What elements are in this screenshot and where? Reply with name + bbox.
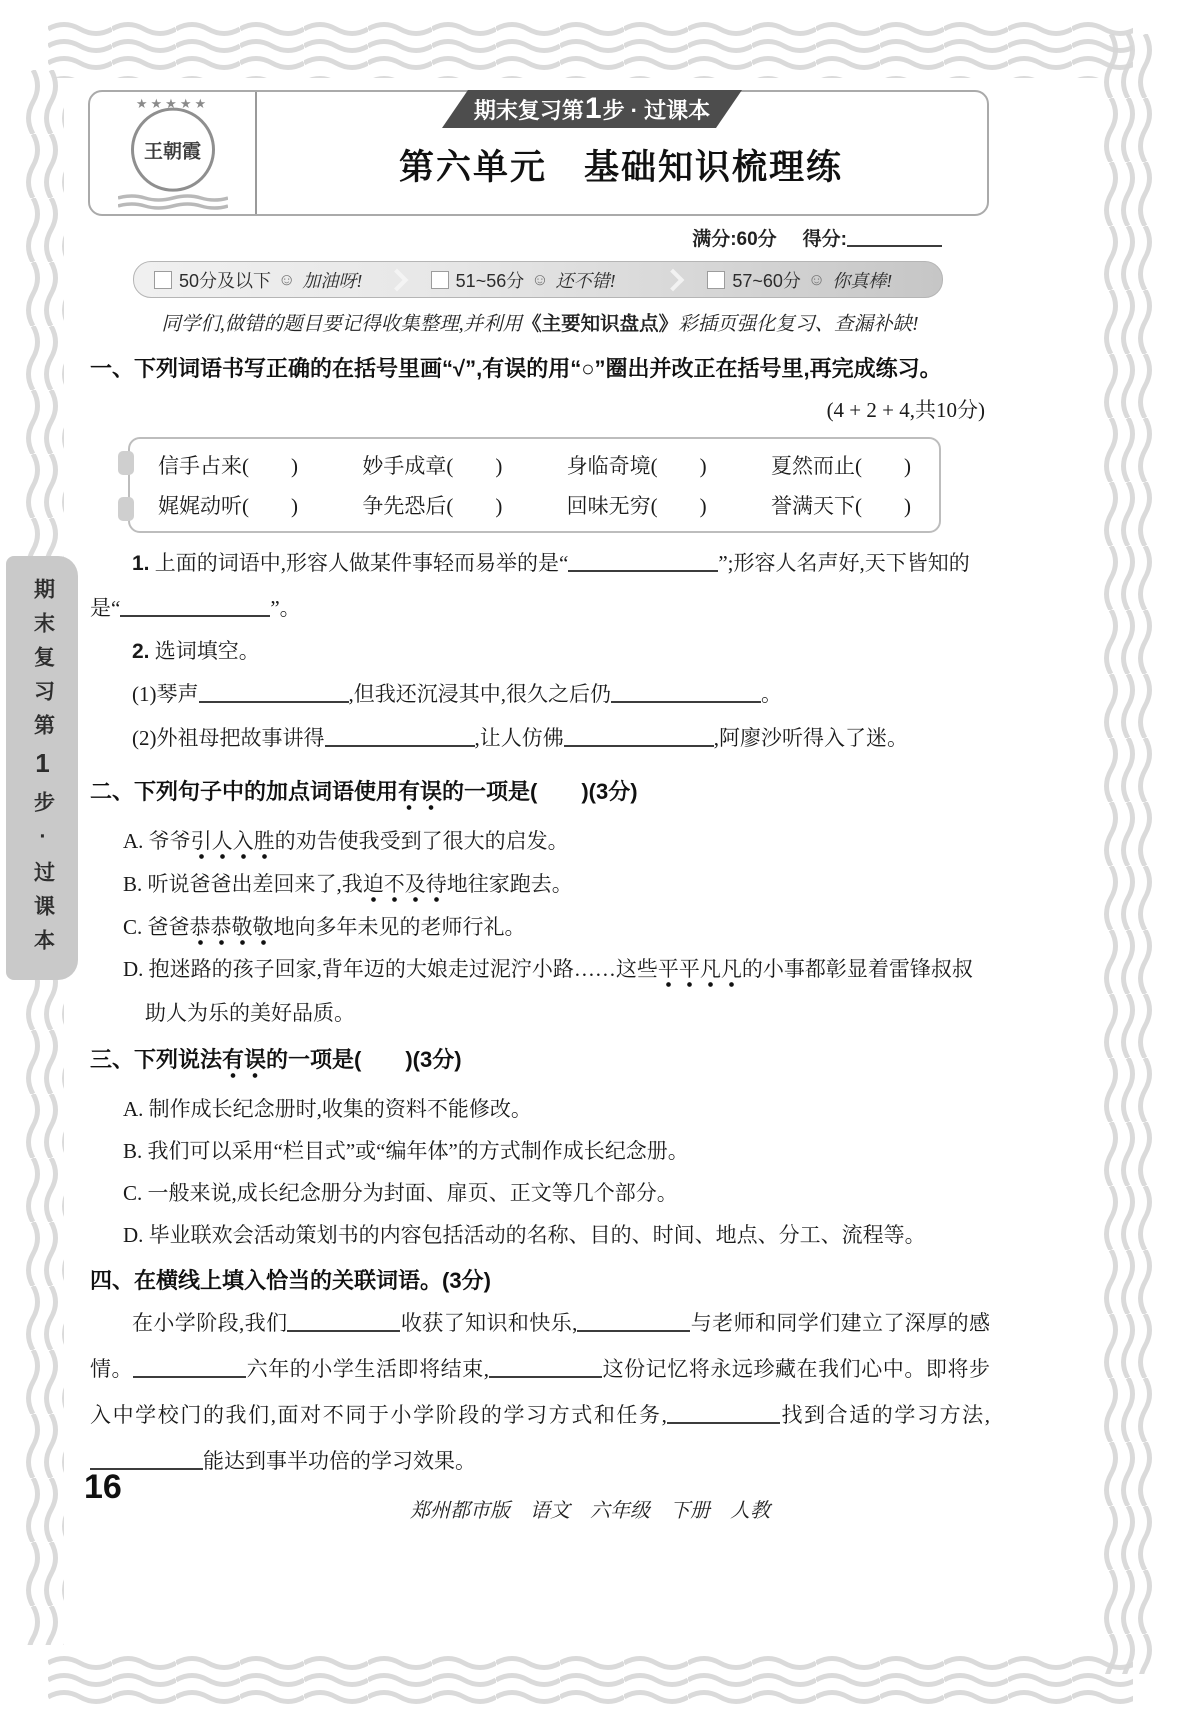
q1-fill2: (2)外祖母把故事讲得,让人仿佛,阿廖沙听得入了迷。: [90, 716, 990, 761]
q4-heading: 四、在横线上填入恰当的关联词语。(3分): [90, 1264, 990, 1295]
fill-blank: [120, 596, 270, 617]
q3-option-a: A. 制作成长纪念册时,收集的资料不能修改。: [90, 1087, 990, 1131]
logo-circle: 王朝霞: [131, 108, 215, 192]
word-item: 誉满天下( ): [771, 490, 911, 520]
clip-decoration: [118, 451, 134, 475]
chevron-separator-icon: [385, 268, 408, 291]
fill-blank: [287, 1311, 400, 1332]
chevron-separator-icon: [662, 268, 685, 291]
score-range-label: 57~60分: [732, 267, 801, 293]
fill-blank: [90, 1449, 203, 1470]
q3-option-b: B. 我们可以采用“栏目式”或“编年体”的方式制作成长纪念册。: [90, 1129, 990, 1173]
q2-heading: 二、下列句子中的加点词语使用有误的一项是( )(3分): [90, 775, 990, 806]
sub-number: 1.: [132, 552, 150, 575]
fill-blank: [133, 1357, 246, 1378]
score-line: 满分:60分得分:: [90, 224, 942, 251]
score-checkbox-high[interactable]: [707, 271, 725, 289]
q2-option-b: B. 听说爸爸出差回来了,我迫不及待地往家跑去。: [90, 862, 990, 906]
brand-logo: ★★★★★ 王朝霞: [90, 92, 257, 214]
q1-points: (4 + 2 + 4,共10分): [88, 394, 985, 424]
score-label: 得分:: [803, 229, 847, 250]
word-item: 身临奇境( ): [567, 450, 707, 480]
fill-blank: [611, 682, 761, 703]
note-text: 同学们,做错的题目要记得收集整理,并利用: [161, 314, 522, 335]
tip-note: 同学们,做错的题目要记得收集整理,并利用《主要知识盘点》彩插页强化复习、查漏补缺…: [90, 308, 990, 336]
score-remark: 你真棒!: [832, 267, 892, 293]
banner-step-number: 1: [585, 92, 602, 126]
sub-number: 2.: [132, 640, 150, 663]
score-range-label: 51~56分: [456, 267, 525, 293]
q2-option-d: D. 抱迷路的孩子回家,背年迈的大娘走过泥泞小路……这些平平凡凡的小事都彰显着雷…: [90, 947, 990, 1035]
ribbon-wave-icon: [118, 194, 228, 212]
score-remark: 还不错!: [556, 267, 616, 293]
header: ★★★★★ 王朝霞 期末复习第1步 · 过课本 第六单元 基础知识梳理练: [88, 90, 989, 216]
q3-option-c: C. 一般来说,成长纪念册分为封面、扉页、正文等几个部分。: [90, 1171, 990, 1215]
score-band-low: 50分及以下 ☺ 加油呀!: [134, 267, 389, 293]
score-range-label: 50分及以下: [179, 267, 271, 293]
word-box: 信手占来( ) 妙手成章( ) 身临奇境( ) 夏然而止( ) 娓娓动听( ) …: [128, 437, 941, 533]
note-text-post: 彩插页强化复习、查漏补缺!: [678, 314, 919, 335]
clip-decoration: [118, 497, 134, 521]
score-blank: [847, 226, 942, 247]
smiley-icon: ☺: [808, 270, 825, 290]
q1-heading: 一、下列词语书写正确的在括号里画“√”,有误的用“○”圈出并改正在括号里,再完成…: [90, 352, 990, 383]
word-item: 争先恐后( ): [362, 490, 502, 520]
score-checkbox-mid[interactable]: [431, 271, 449, 289]
q4-paragraph: 在小学阶段,我们收获了知识和快乐,与老师和同学们建立了深厚的感情。六年的小学生活…: [90, 1300, 990, 1484]
word-item: 娓娓动听( ): [158, 490, 298, 520]
word-row: 信手占来( ) 妙手成章( ) 身临奇境( ) 夏然而止( ): [158, 450, 911, 480]
score-band-mid: 51~56分 ☺ 还不错!: [411, 267, 666, 293]
score-bar: 50分及以下 ☺ 加油呀! 51~56分 ☺ 还不错! 57~60分 ☺ 你真棒…: [133, 261, 943, 298]
word-item: 妙手成章( ): [362, 450, 502, 480]
word-item: 信手占来( ): [158, 450, 298, 480]
footer-imprint: 郑州都市版 语文 六年级 下册 人教: [90, 1494, 1090, 1523]
word-item: 回味无穷( ): [567, 490, 707, 520]
fill-blank: [325, 726, 475, 747]
fill-blank: [564, 726, 714, 747]
word-item: 夏然而止( ): [771, 450, 911, 480]
banner-text-post: 步 · 过课本: [603, 94, 711, 125]
smiley-icon: ☺: [531, 270, 548, 290]
note-book-title: 《主要知识盘点》: [522, 313, 678, 335]
score-checkbox-low[interactable]: [154, 271, 172, 289]
q3-option-d: D. 毕业联欢会活动策划书的内容包括活动的名称、目的、时间、地点、分工、流程等。: [90, 1213, 990, 1257]
score-remark: 加油呀!: [302, 267, 362, 293]
q2-option-c: C. 爸爸恭恭敬敬地向多年未见的老师行礼。: [90, 905, 990, 949]
fill-blank: [489, 1357, 602, 1378]
top-wave-border: [48, 20, 1133, 78]
step-banner: 期末复习第1步 · 过课本: [442, 90, 742, 128]
sidebar-tab-label: 期末复习第1步·过课本: [27, 578, 58, 963]
fill-blank: [667, 1403, 780, 1424]
page-title: 第六单元 基础知识梳理练: [255, 140, 987, 190]
q3-heading: 三、下列说法有误的一项是( )(3分): [90, 1043, 990, 1074]
banner-text: 期末复习第: [474, 94, 584, 125]
word-row: 娓娓动听( ) 争先恐后( ) 回味无穷( ) 誉满天下( ): [158, 490, 911, 520]
fill-blank: [199, 682, 349, 703]
q1-sub1: 1. 上面的词语中,形容人做某件事轻而易举的是“”;形容人名声好,天下皆知的是“…: [90, 541, 990, 631]
q1-fill1: (1)琴声,但我还沉浸其中,很久之后仍。: [90, 672, 990, 717]
bottom-wave-border: [48, 1654, 1133, 1708]
fill-blank: [577, 1311, 690, 1332]
q2-option-a: A. 爷爷引人入胜的劝告使我受到了很大的启发。: [90, 819, 990, 863]
sidebar-tab: 期末复习第1步·过课本: [6, 556, 78, 980]
score-band-high: 57~60分 ☺ 你真棒!: [687, 267, 942, 293]
brand-name: 王朝霞: [144, 136, 201, 163]
fill-blank: [568, 551, 718, 572]
full-score-label: 满分:60分: [692, 229, 776, 250]
right-wave-border: [1100, 34, 1156, 1674]
q1-sub2: 2. 选词填空。: [90, 629, 990, 674]
smiley-icon: ☺: [278, 270, 295, 290]
